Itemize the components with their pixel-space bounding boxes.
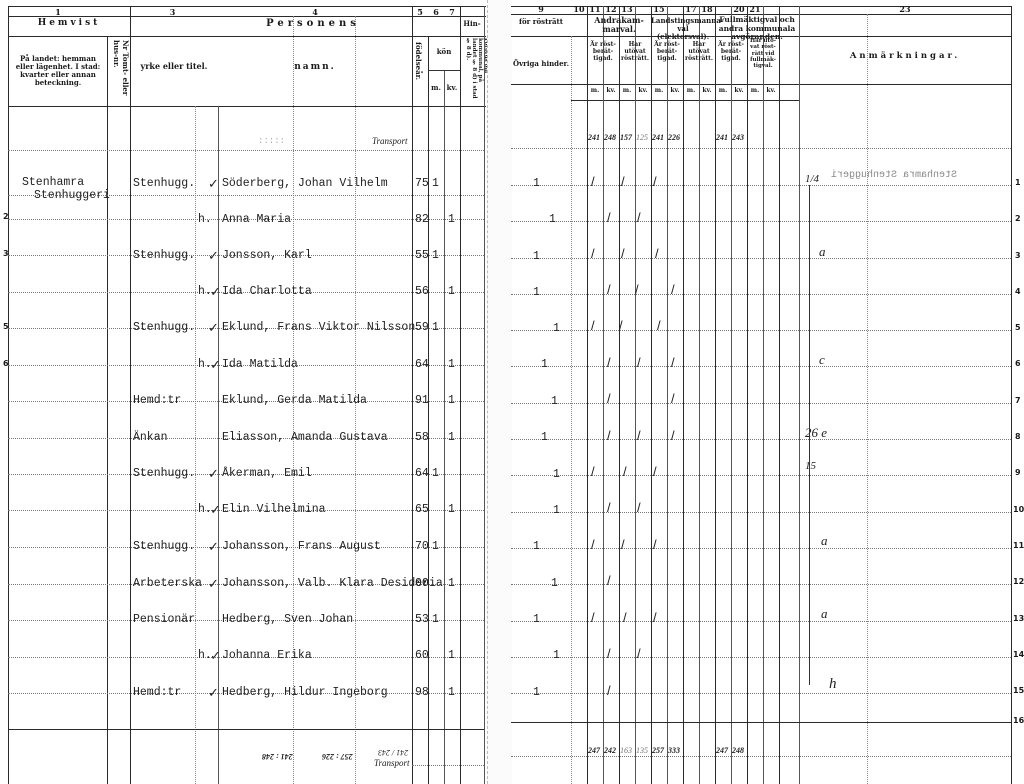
row-birth-year: 91: [415, 394, 429, 407]
col-number-21: 21: [747, 4, 763, 14]
slash-mark-icon: /: [635, 282, 639, 297]
row-name: Johansson, Valb. Klara Desideria: [222, 577, 443, 590]
header-hin: Hin-: [460, 20, 484, 28]
row-occupation: Pensionär: [133, 613, 195, 626]
remark: 1/4: [805, 173, 819, 185]
row-occupation: Arbeterska: [133, 577, 202, 590]
row-birth-year: 65: [415, 503, 429, 516]
header-hemvist: Hemvist: [8, 18, 130, 28]
check-mark-icon: ✓: [208, 320, 219, 336]
line-number: 12: [1013, 577, 1024, 586]
line-number: 2: [1015, 214, 1021, 223]
col-number-11: 11: [587, 4, 603, 14]
row-name: Johansson, Frans August: [222, 540, 381, 553]
subheader-m: m.: [683, 88, 699, 95]
row-occupation: h.: [198, 213, 212, 226]
line-number: 8: [1015, 432, 1021, 441]
hinder-mark: 1: [553, 322, 560, 335]
slash-mark-icon: /: [607, 683, 611, 698]
row-name: Eliasson, Amanda Gustava: [222, 431, 388, 444]
top-total: 248: [604, 133, 616, 142]
margin-row-number: 2: [3, 212, 9, 221]
hinder-mark: 1: [541, 431, 548, 444]
row-birth-year: 75: [415, 177, 429, 190]
slash-mark-icon: /: [637, 210, 641, 225]
row-sex-female: 1: [448, 285, 455, 298]
row-sex-female: 1: [448, 431, 455, 444]
row-sex-female: 1: [448, 394, 455, 407]
col-number-10: 10: [571, 4, 587, 14]
col-number-20: 20: [731, 4, 747, 14]
remark: h: [829, 676, 837, 693]
row-occupation: Stenhugg.: [133, 467, 195, 480]
col-number-9: 9: [511, 4, 571, 14]
bottom-total: 257: [652, 746, 664, 755]
hinder-mark: 1: [553, 504, 560, 517]
hinder-mark: 1: [533, 250, 540, 263]
header-land-har-utovat: Har utövat rösträtt.: [684, 42, 714, 63]
slash-mark-icon: /: [607, 355, 611, 370]
place-line-1: Stenhamra: [22, 176, 84, 189]
check-mark-icon: ✓: [210, 284, 221, 300]
hinder-mark: 1: [553, 649, 560, 662]
row-birth-year: 55: [415, 249, 429, 262]
row-occupation: Stenhugg.: [133, 321, 195, 334]
slash-mark-icon: /: [591, 174, 595, 189]
col-number-12: 12: [603, 4, 619, 14]
subheader-m: m.: [747, 88, 763, 95]
slash-mark-icon: /: [637, 428, 641, 443]
row-name: Ida Charlotta: [222, 285, 312, 298]
row-name: Elin Vilhelmina: [222, 503, 326, 516]
transport-label-bottom: Transport: [374, 758, 410, 768]
bleed-through-text: Stenhamra Stenhuggeri: [831, 170, 957, 181]
slash-mark-icon: /: [607, 500, 611, 515]
header-andra-ar-rostberattigad: Är röst-berät-tigad.: [588, 42, 618, 63]
check-mark-icon: ✓: [210, 357, 221, 373]
bottom-total: 248: [732, 746, 744, 755]
header-personens: Personens: [218, 18, 408, 30]
col-number-4: 4: [215, 7, 415, 17]
row-birth-year: 70: [415, 540, 429, 553]
bottom-total-2: 257 : 226: [322, 752, 353, 761]
bottom-total: 135: [636, 746, 648, 755]
margin-row-number: 6: [3, 359, 9, 368]
header-fullm-ar-rostberattigad: Är röst-berät-tigad.: [716, 42, 746, 63]
hinder-mark: 1: [541, 358, 548, 371]
slash-mark-icon: /: [653, 610, 657, 625]
top-total: 125: [636, 133, 648, 142]
slash-mark-icon: /: [607, 282, 611, 297]
row-birth-year: 56: [415, 285, 429, 298]
row-name: Hedberg, Hildur Ingeborg: [222, 686, 388, 699]
slash-mark-icon: /: [671, 355, 675, 370]
row-name: Åkerman, Emil: [222, 467, 312, 480]
row-sex-male: 1: [432, 321, 439, 334]
slash-mark-icon: /: [591, 537, 595, 552]
row-sex-male: 1: [432, 249, 439, 262]
header-kon: kön: [428, 48, 460, 56]
subheader-m: m.: [619, 88, 635, 95]
check-mark-icon: ✓: [208, 685, 219, 701]
row-birth-year: 82: [415, 213, 429, 226]
header-andrakammarval: Andrakam-marval.: [587, 16, 651, 34]
subheader-m: m.: [715, 88, 731, 95]
subheader-kv: kv.: [731, 88, 747, 95]
remark: a: [821, 606, 828, 622]
header-fullm-har-utovat: Har utö-vat röst-rätt vid fullmäk-tigval…: [748, 38, 778, 70]
line-number: 13: [1013, 614, 1024, 623]
slash-mark-icon: /: [671, 391, 675, 406]
subheader-kv: kv.: [763, 88, 779, 95]
slash-mark-icon: /: [591, 610, 595, 625]
header-forords: Förords om kommunal, på landet § 8 d) i …: [465, 38, 489, 102]
check-mark-icon: ✓: [210, 502, 221, 518]
header-kon-kv: kv.: [444, 84, 460, 92]
slash-mark-icon: /: [591, 464, 595, 479]
slash-mark-icon: /: [623, 464, 627, 479]
subheader-kv: kv.: [635, 88, 651, 95]
book-gutter: [487, 0, 512, 784]
row-sex-female: 1: [448, 649, 455, 662]
top-total: 157: [620, 133, 632, 142]
header-namn: namn.: [218, 62, 412, 72]
bottom-total: 242: [604, 746, 616, 755]
col-number-18: 18: [699, 4, 715, 14]
row-birth-year: 00: [415, 577, 429, 590]
slash-mark-icon: /: [671, 428, 675, 443]
header-ovriga-hinder: Övriga hinder.: [511, 60, 571, 68]
slash-mark-icon: /: [607, 428, 611, 443]
hinder-mark: 1: [533, 286, 540, 299]
header-yrke: yrke eller titel.: [130, 62, 218, 71]
left-page: 1 3 4 5 6 7 Hemvist På landet: hemman el…: [0, 0, 487, 784]
row-sex-female: 1: [448, 686, 455, 699]
bottom-total-3: 241 / 243: [378, 748, 408, 757]
margin-row-number: 3: [3, 249, 9, 258]
top-total: 241: [588, 133, 600, 142]
remark: a: [821, 533, 828, 549]
row-name: Jonsson, Karl: [222, 249, 312, 262]
slash-mark-icon: /: [607, 210, 611, 225]
row-sex-male: 1: [432, 177, 439, 190]
margin-row-number: 5: [3, 322, 9, 331]
bottom-total: 247: [716, 746, 728, 755]
line-number: 9: [1015, 468, 1021, 477]
line-number: 6: [1015, 359, 1021, 368]
slash-mark-icon: /: [653, 537, 657, 552]
header-kon-m: m.: [428, 84, 444, 92]
row-sex-female: 1: [448, 213, 455, 226]
bottom-total: 333: [668, 746, 680, 755]
check-mark-icon: ✓: [210, 648, 221, 664]
col-number-3: 3: [130, 7, 215, 17]
row-sex-female: 1: [448, 358, 455, 371]
top-total: 226: [668, 133, 680, 142]
line-number: 15: [1013, 686, 1024, 695]
hinder-mark: 1: [533, 686, 540, 699]
row-birth-year: 53: [415, 613, 429, 626]
subheader-kv: kv.: [699, 88, 715, 95]
header-landstingsmannaval: Landstingsmanna-val (elektorsval).: [651, 17, 715, 41]
slash-mark-icon: /: [621, 174, 625, 189]
remark: 15: [805, 460, 816, 472]
hinder-mark: 1: [533, 177, 540, 190]
check-mark-icon: ✓: [208, 576, 219, 592]
hinder-mark: 1: [549, 213, 556, 226]
slash-mark-icon: /: [653, 174, 657, 189]
header-andra-har-utovat: Har utövat rösträtt.: [620, 42, 650, 63]
row-birth-year: 64: [415, 358, 429, 371]
row-occupation: Stenhugg.: [133, 177, 195, 190]
slash-mark-icon: /: [637, 500, 641, 515]
col-number-13: 13: [619, 4, 635, 14]
row-occupation: Stenhugg.: [133, 540, 195, 553]
col-number-15: 15: [651, 4, 667, 14]
header-for-rostratt: för rösträtt: [511, 18, 571, 26]
row-occupation: Änkan: [133, 431, 168, 444]
slash-mark-icon: /: [657, 318, 661, 333]
right-page: 9 10 11 12 13 15 17 18 20 21 23 för röst…: [511, 0, 1024, 784]
hinder-mark: 1: [533, 540, 540, 553]
slash-mark-icon: /: [591, 246, 595, 261]
row-birth-year: 64: [415, 467, 429, 480]
slash-mark-icon: /: [623, 610, 627, 625]
slash-mark-icon: /: [619, 318, 623, 333]
slash-mark-icon: /: [591, 318, 595, 333]
col-number-1: 1: [8, 7, 108, 17]
row-birth-year: 59: [415, 321, 429, 334]
row-birth-year: 60: [415, 649, 429, 662]
header-nr-tomt: Nr Tomt- eller hus-nr.: [112, 40, 130, 102]
row-sex-female: 1: [448, 503, 455, 516]
row-birth-year: 98: [415, 686, 429, 699]
row-sex-male: 1: [432, 613, 439, 626]
row-name: Eklund, Gerda Matilda: [222, 394, 367, 407]
slash-mark-icon: /: [607, 391, 611, 406]
hinder-mark: 1: [551, 395, 558, 408]
row-name: Hedberg, Sven Johan: [222, 613, 353, 626]
row-occupation: Hemd:tr: [133, 394, 181, 407]
line-number: 3: [1015, 251, 1021, 260]
header-fodelsear: födelseår.: [414, 42, 423, 92]
header-hemvist-sub: På landet: hemman eller lägenhet. I stad…: [12, 55, 104, 87]
row-name: Eklund, Frans Viktor Nilsson: [222, 321, 415, 334]
faded-ghost-text: :::::: [258, 136, 285, 146]
slash-mark-icon: /: [621, 246, 625, 261]
slash-mark-icon: /: [637, 646, 641, 661]
row-sex-male: 1: [432, 540, 439, 553]
col-number-6: 6: [428, 7, 444, 17]
row-name: Ida Matilda: [222, 358, 298, 371]
col-number-7: 7: [444, 7, 460, 17]
subheader-m: m.: [587, 88, 603, 95]
row-sex-female: 1: [448, 577, 455, 590]
remarks-bracket: [809, 185, 810, 685]
row-name: Söderberg, Johan Vilhelm: [222, 177, 388, 190]
bottom-total-1: 241 : 248: [262, 752, 293, 761]
col-number-23: 23: [799, 4, 1011, 14]
check-mark-icon: ✓: [208, 539, 219, 555]
line-number: 10: [1013, 505, 1024, 514]
line-number: 4: [1015, 287, 1021, 296]
row-name: Johanna Erika: [222, 649, 312, 662]
transport-label-top: Transport: [372, 136, 408, 146]
remark: c: [819, 352, 825, 368]
subheader-kv: kv.: [603, 88, 619, 95]
slash-mark-icon: /: [671, 282, 675, 297]
top-total: 241: [652, 133, 664, 142]
line-number: 11: [1013, 541, 1024, 550]
row-occupation: Stenhugg.: [133, 249, 195, 262]
col-number-17: 17: [683, 4, 699, 14]
top-total: 243: [732, 133, 744, 142]
remark: a: [819, 244, 826, 260]
line-number: 16: [1013, 716, 1024, 725]
slash-mark-icon: /: [637, 355, 641, 370]
row-birth-year: 58: [415, 431, 429, 444]
header-anmarkningar: Anmärkningar.: [799, 52, 1011, 62]
line-number: 7: [1015, 396, 1021, 405]
bottom-total: 247: [588, 746, 600, 755]
col-number-5: 5: [412, 7, 428, 17]
row-sex-male: 1: [432, 467, 439, 480]
subheader-kv: kv.: [667, 88, 683, 95]
slash-mark-icon: /: [655, 246, 659, 261]
slash-mark-icon: /: [607, 646, 611, 661]
line-number: 14: [1013, 650, 1024, 659]
hinder-mark: 1: [551, 577, 558, 590]
row-occupation: Hemd:tr: [133, 686, 181, 699]
place-line-2: Stenhuggeri: [34, 189, 110, 202]
header-land-ar-rostberattigad: Är röst-berät-tigad.: [652, 42, 682, 63]
slash-mark-icon: /: [621, 537, 625, 552]
subheader-m: m.: [651, 88, 667, 95]
top-total: 241: [716, 133, 728, 142]
line-number: 5: [1015, 323, 1021, 332]
hinder-mark: 1: [533, 613, 540, 626]
bottom-total: 163: [620, 746, 632, 755]
check-mark-icon: ✓: [208, 176, 219, 192]
check-mark-icon: ✓: [208, 466, 219, 482]
slash-mark-icon: /: [607, 573, 611, 588]
slash-mark-icon: /: [653, 464, 657, 479]
hinder-mark: 1: [553, 468, 560, 481]
check-mark-icon: ✓: [208, 248, 219, 264]
line-number: 1: [1015, 178, 1021, 187]
row-name: Anna Maria: [222, 213, 291, 226]
